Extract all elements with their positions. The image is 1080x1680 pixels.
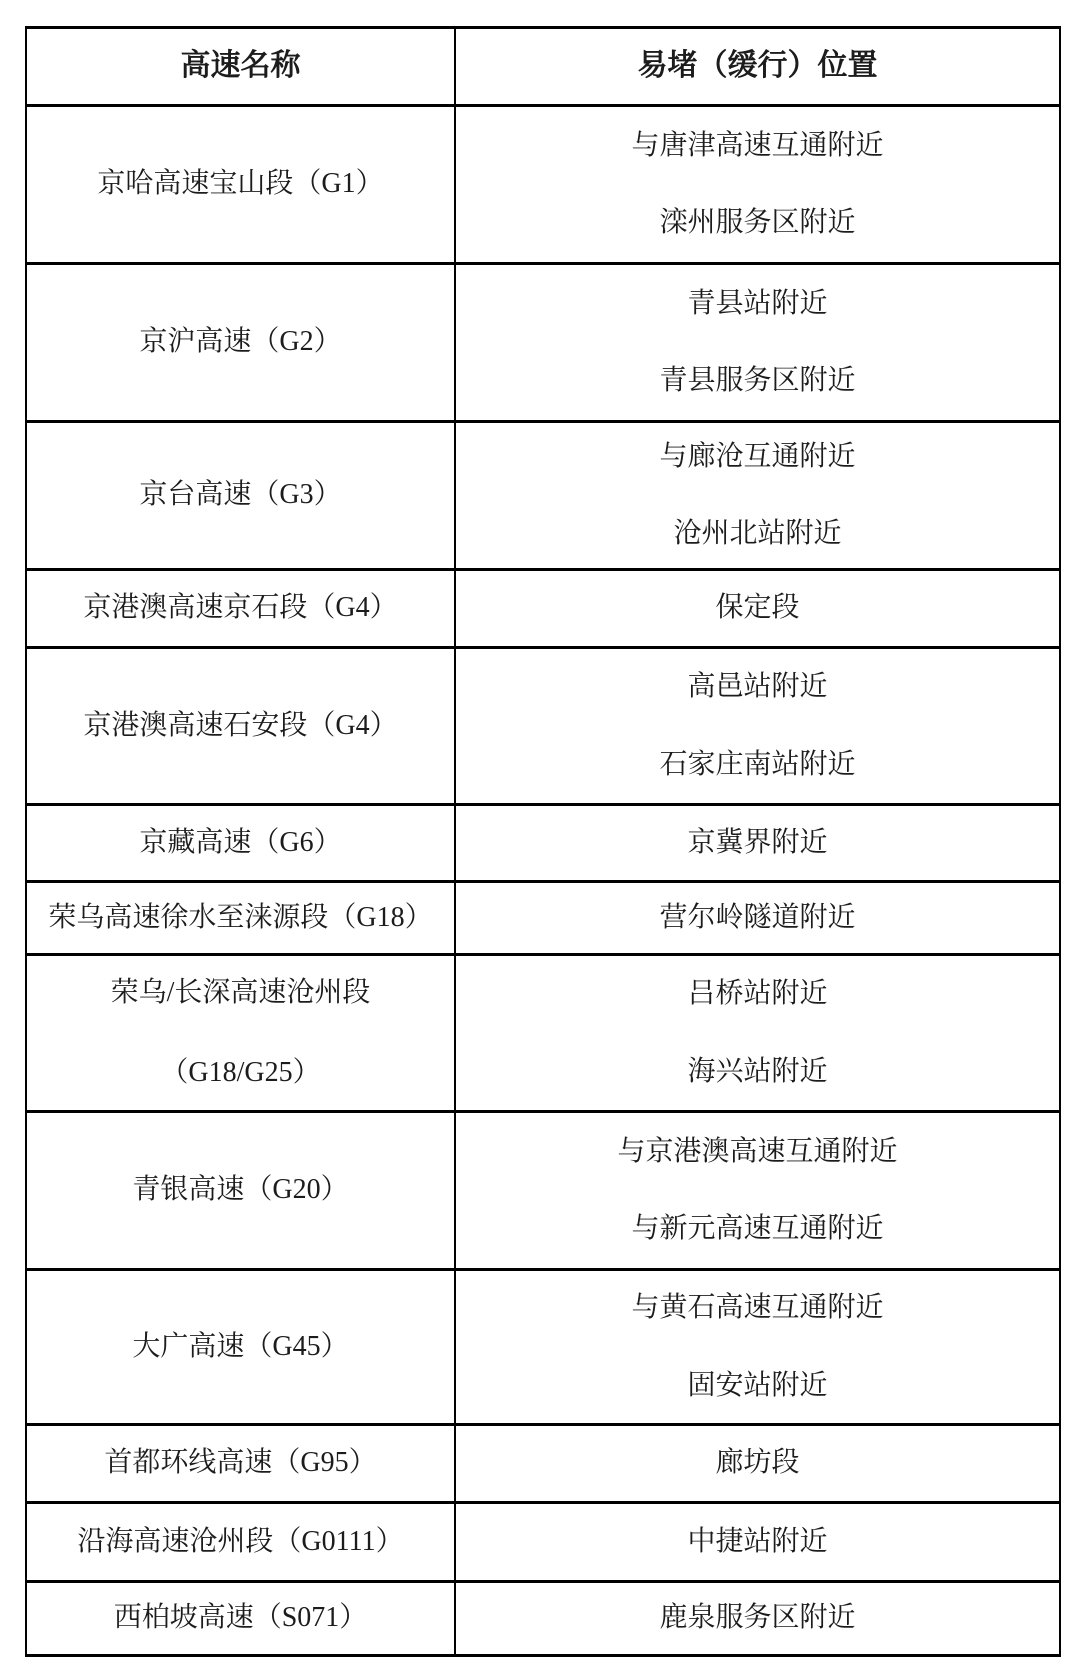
highway-name: 荣乌高速徐水至涞源段（G18） [48, 902, 432, 934]
location-item: 中捷站附近 [687, 1526, 827, 1558]
location-cell: 廊坊段 [455, 1425, 1060, 1503]
highway-name: 大广高速（G45） [132, 1331, 348, 1363]
location-cell: 与京港澳高速互通附近 与新元高速互通附近 [455, 1112, 1060, 1270]
highway-name-cell: 西柏坡高速（S071） [26, 1582, 455, 1656]
highway-name: 京沪高速（G2） [139, 326, 341, 358]
location-item: 石家庄南站附近 [659, 749, 855, 781]
highway-name-cell: 京沪高速（G2） [26, 264, 455, 422]
highway-name-cell: 大广高速（G45） [26, 1270, 455, 1425]
location-item: 高邑站附近 [687, 671, 827, 703]
location-item: 海兴站附近 [687, 1056, 827, 1088]
table-row: 京哈高速宝山段（G1） 与唐津高速互通附近 滦州服务区附近 [26, 106, 1060, 264]
location-item: 廊坊段 [715, 1447, 799, 1479]
highway-name-cell: 荣乌高速徐水至涞源段（G18） [26, 882, 455, 955]
highway-name: 西柏坡高速（S071） [114, 1602, 368, 1634]
document-page: 高速名称 易堵（缓行）位置 京哈高速宝山段（G1） 与唐津高速互通附近 滦州服务… [0, 0, 1080, 1680]
highway-name-cell: 京港澳高速京石段（G4） [26, 570, 455, 648]
table-row: 大广高速（G45） 与黄石高速互通附近 固安站附近 [26, 1270, 1060, 1425]
location-item: 吕桥站附近 [687, 978, 827, 1010]
location-item: 青县站附近 [687, 288, 827, 320]
location-item: 营尔岭隧道附近 [659, 902, 855, 934]
location-item: 鹿泉服务区附近 [659, 1602, 855, 1634]
highway-name: 京哈高速宝山段（G1） [97, 168, 383, 200]
highway-name-line: （G18/G25） [160, 1057, 320, 1089]
highway-name: 京港澳高速京石段（G4） [83, 592, 397, 624]
highway-name-line: 荣乌/长深高速沧州段 [111, 977, 371, 1009]
location-cell: 营尔岭隧道附近 [455, 882, 1060, 955]
location-cell: 高邑站附近 石家庄南站附近 [455, 648, 1060, 805]
location-item: 与廊沧互通附近 [659, 441, 855, 473]
highway-name-cell: 京台高速（G3） [26, 422, 455, 570]
table-row: 京港澳高速京石段（G4） 保定段 [26, 570, 1060, 648]
congestion-table: 高速名称 易堵（缓行）位置 京哈高速宝山段（G1） 与唐津高速互通附近 滦州服务… [25, 26, 1061, 1657]
location-cell: 与唐津高速互通附近 滦州服务区附近 [455, 106, 1060, 264]
highway-name: 京港澳高速石安段（G4） [83, 710, 397, 742]
highway-name: 青银高速（G20） [132, 1174, 348, 1206]
header-row: 高速名称 易堵（缓行）位置 [26, 28, 1060, 106]
header-congestion-location: 易堵（缓行）位置 [455, 28, 1060, 106]
location-item: 与唐津高速互通附近 [631, 130, 883, 162]
location-item: 与京港澳高速互通附近 [617, 1136, 897, 1168]
table-row: 京沪高速（G2） 青县站附近 青县服务区附近 [26, 264, 1060, 422]
table-row: 京港澳高速石安段（G4） 高邑站附近 石家庄南站附近 [26, 648, 1060, 805]
table-row: 首都环线高速（G95） 廊坊段 [26, 1425, 1060, 1503]
location-item: 京冀界附近 [687, 827, 827, 859]
location-item: 与黄石高速互通附近 [631, 1292, 883, 1324]
location-item: 与新元高速互通附近 [631, 1213, 883, 1245]
location-item: 青县服务区附近 [659, 365, 855, 397]
location-cell: 京冀界附近 [455, 805, 1060, 882]
highway-name: 京藏高速（G6） [139, 827, 341, 859]
highway-name-cell: 荣乌/长深高速沧州段 （G18/G25） [26, 955, 455, 1112]
highway-name-cell: 首都环线高速（G95） [26, 1425, 455, 1503]
highway-name-cell: 京哈高速宝山段（G1） [26, 106, 455, 264]
table-row: 荣乌/长深高速沧州段 （G18/G25） 吕桥站附近 海兴站附近 [26, 955, 1060, 1112]
table-row: 荣乌高速徐水至涞源段（G18） 营尔岭隧道附近 [26, 882, 1060, 955]
location-item: 沧州北站附近 [673, 518, 841, 550]
location-cell: 鹿泉服务区附近 [455, 1582, 1060, 1656]
location-item: 固安站附近 [687, 1370, 827, 1402]
location-cell: 中捷站附近 [455, 1503, 1060, 1582]
location-cell: 与廊沧互通附近 沧州北站附近 [455, 422, 1060, 570]
highway-name-cell: 沿海高速沧州段（G0111） [26, 1503, 455, 1582]
location-cell: 保定段 [455, 570, 1060, 648]
table-row: 京台高速（G3） 与廊沧互通附近 沧州北站附近 [26, 422, 1060, 570]
location-item: 滦州服务区附近 [659, 207, 855, 239]
highway-name: 沿海高速沧州段（G0111） [77, 1526, 403, 1558]
table-row: 沿海高速沧州段（G0111） 中捷站附近 [26, 1503, 1060, 1582]
header-highway-name: 高速名称 [26, 28, 455, 106]
location-item: 保定段 [715, 592, 799, 624]
highway-name-cell: 京藏高速（G6） [26, 805, 455, 882]
highway-name: 京台高速（G3） [139, 479, 341, 511]
highway-name-cell: 青银高速（G20） [26, 1112, 455, 1270]
highway-name: 首都环线高速（G95） [104, 1447, 376, 1479]
location-cell: 与黄石高速互通附近 固安站附近 [455, 1270, 1060, 1425]
location-cell: 吕桥站附近 海兴站附近 [455, 955, 1060, 1112]
location-cell: 青县站附近 青县服务区附近 [455, 264, 1060, 422]
highway-name-cell: 京港澳高速石安段（G4） [26, 648, 455, 805]
table-row: 京藏高速（G6） 京冀界附近 [26, 805, 1060, 882]
table-row: 青银高速（G20） 与京港澳高速互通附近 与新元高速互通附近 [26, 1112, 1060, 1270]
table-row: 西柏坡高速（S071） 鹿泉服务区附近 [26, 1582, 1060, 1656]
